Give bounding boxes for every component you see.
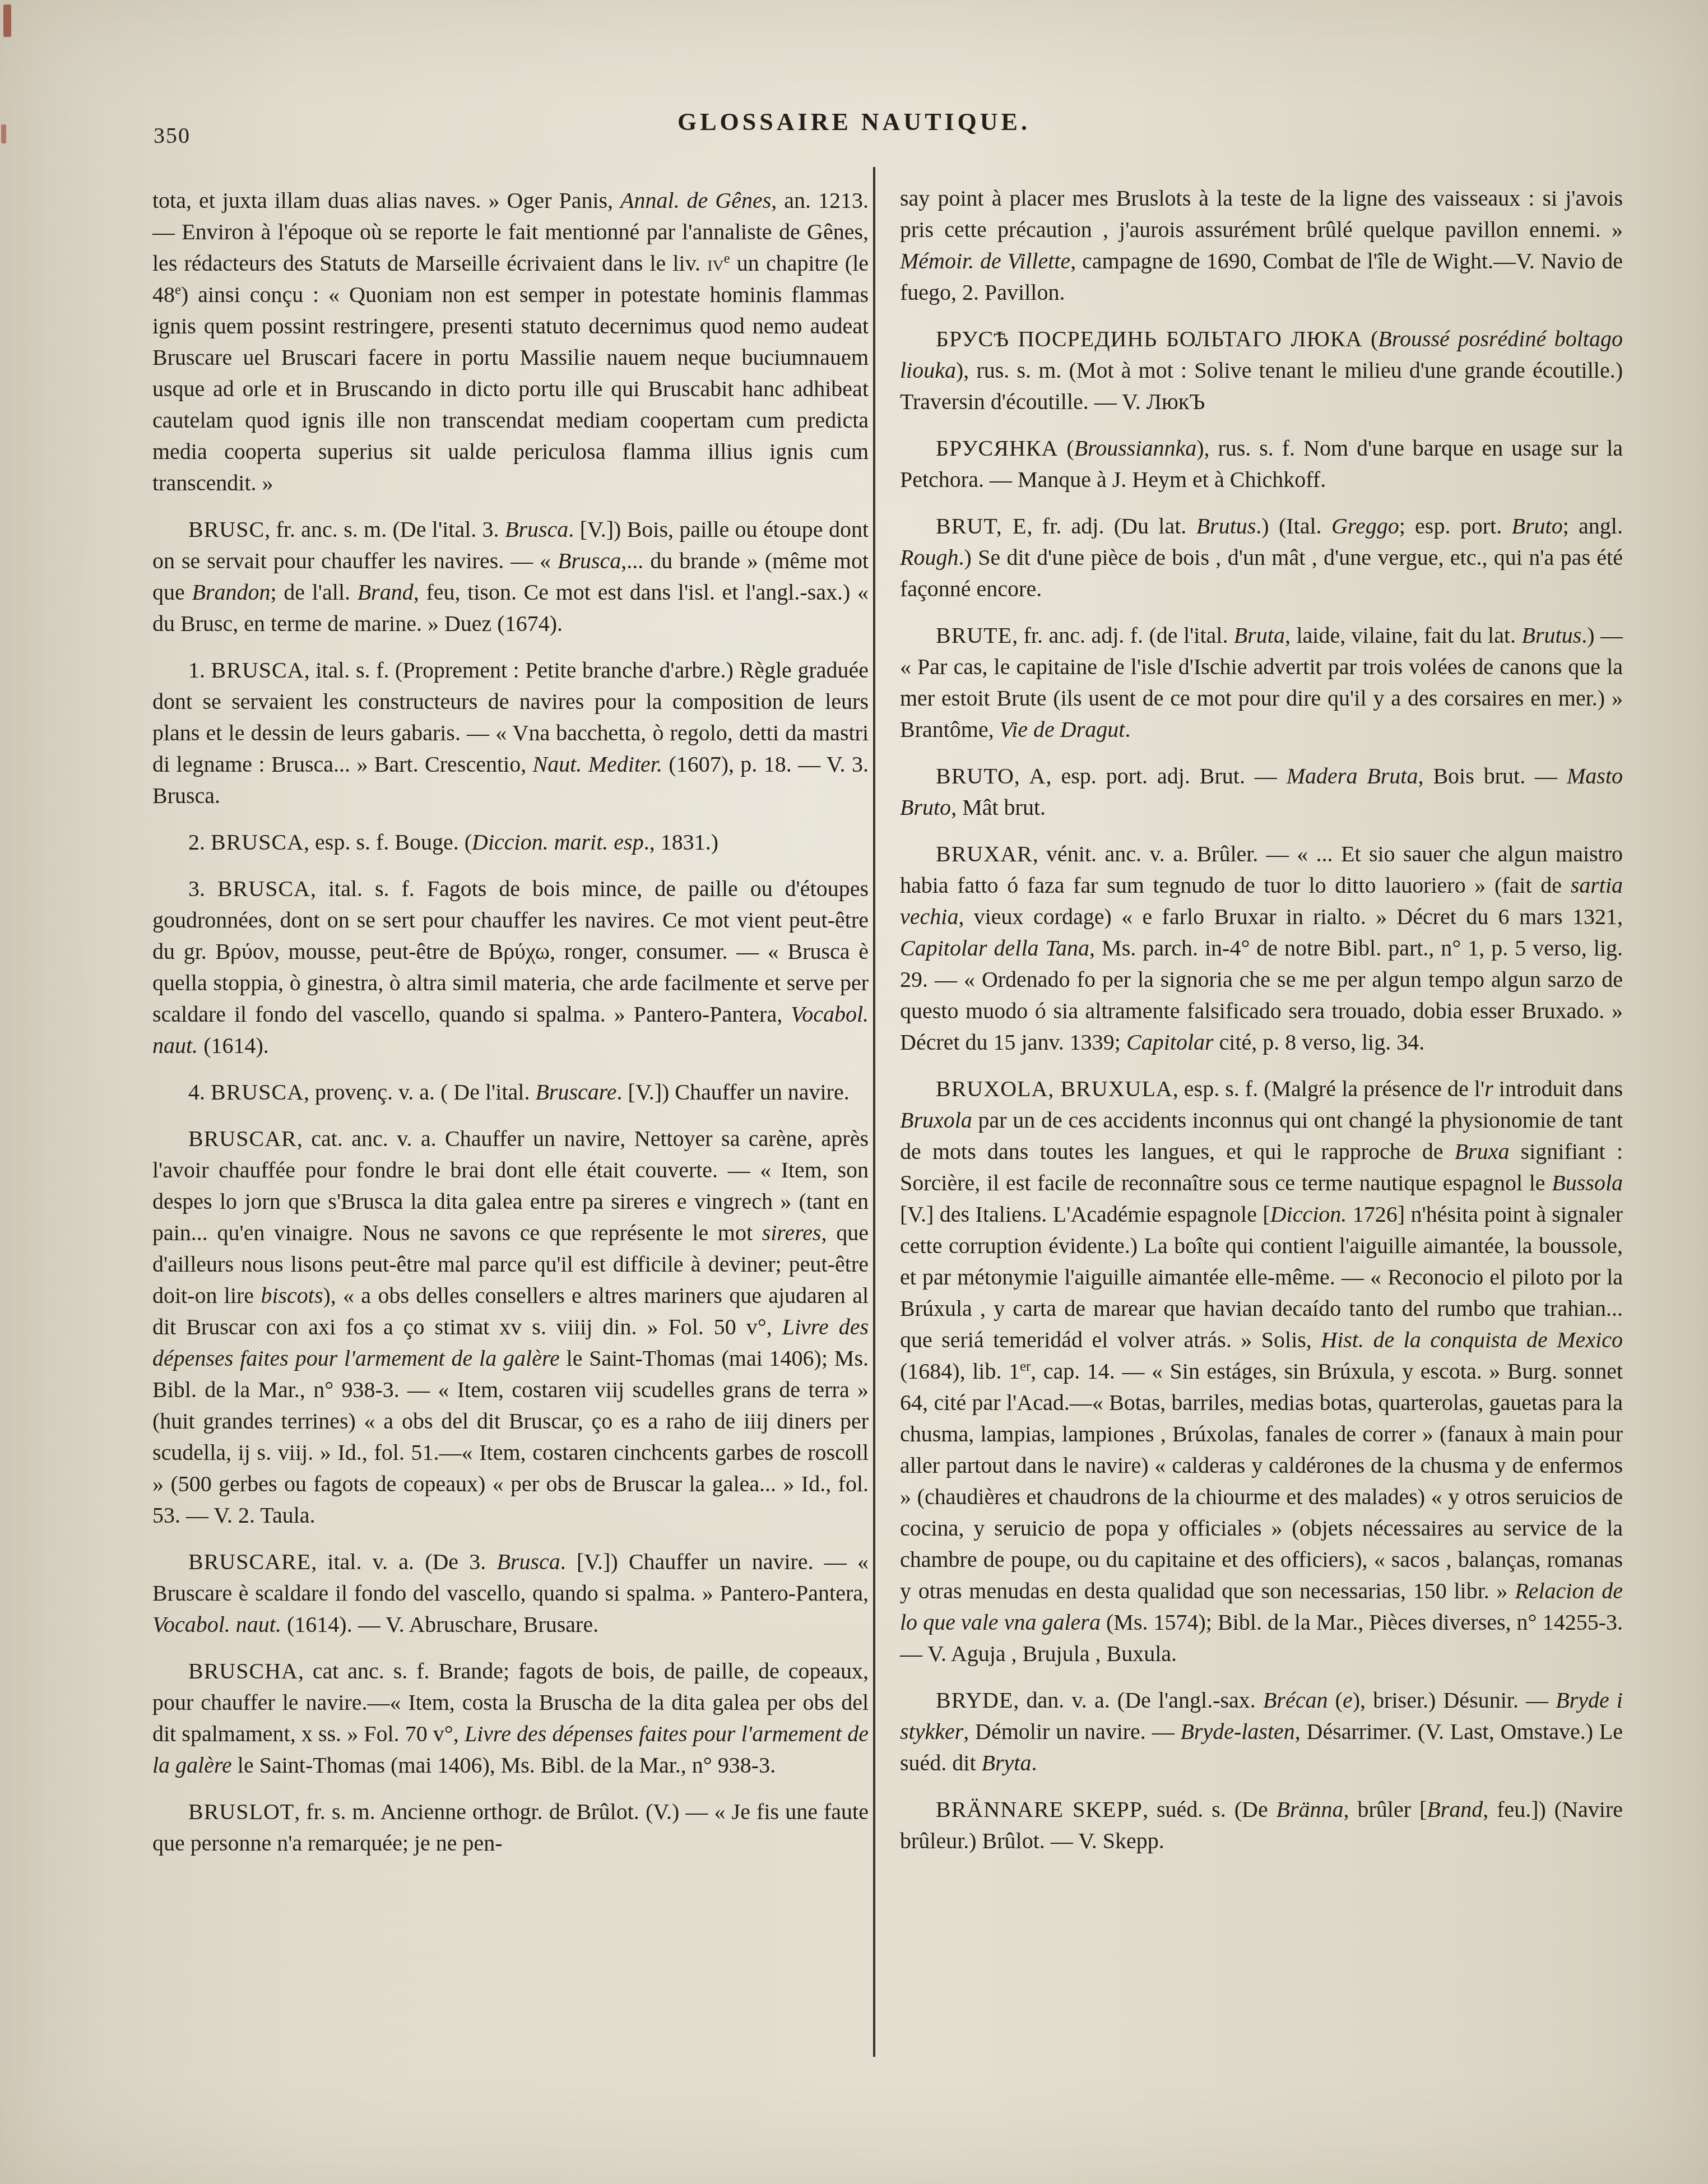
scanned-dictionary-page: 350 GLOSSAIRE NAUTIQUE. tota, et juxta i… [0, 0, 1708, 2184]
scan-edge-mark [3, 4, 11, 37]
entry-brusca-1: 1. BRUSCA, ital. s. f. (Proprement : Pet… [152, 655, 869, 812]
left-column: tota, et juxta illam duas alias naves. »… [152, 185, 869, 1874]
entry-brusc: BRUSC, fr. anc. s. m. (De l'ital. 3. Bru… [152, 514, 869, 639]
entry-bruxar: BRUXAR, vénit. anc. v. a. Brûler. — « ..… [900, 838, 1623, 1058]
entry-bruscha: BRUSCHA, cat anc. s. f. Brande; fagots d… [152, 1656, 869, 1781]
entry-bruscare: BRUSCARE, ital. v. a. (De 3. Brusca. [V.… [152, 1546, 869, 1640]
entry-brusca-4: 4. BRUSCA, provenç. v. a. ( De l'ital. B… [152, 1077, 869, 1108]
page-header-title: GLOSSAIRE NAUTIQUE. [0, 108, 1708, 136]
entry-brusca-3: 3. BRUSCA, ital. s. f. Fagots de bois mi… [152, 873, 869, 1061]
entry-broussiannka: БРУСЯНКА (Broussiannka), rus. s. f. Nom … [900, 433, 1623, 495]
column-divider-rule [873, 167, 875, 2057]
entry-brut: BRUT, E, fr. adj. (Du lat. Brutus.) (Ita… [900, 511, 1623, 605]
entry-bruslot: BRUSLOT, fr. s. m. Ancienne orthogr. de … [152, 1796, 869, 1859]
entry-brousse-posredine: БРУСѢ ПОСРЕДИНЬ БОЛЬТАГО ЛЮКА (Broussé p… [900, 323, 1623, 418]
entry-brute: BRUTE, fr. anc. adj. f. (de l'ital. Brut… [900, 620, 1623, 745]
entry-bruxola: BRUXOLA, BRUXULA, esp. s. f. (Malgré la … [900, 1073, 1623, 1670]
entry-bruto: BRUTO, A, esp. port. adj. Brut. — Madera… [900, 761, 1623, 823]
entry-bryde: BRYDE, dan. v. a. (De l'angl.-sax. Bréca… [900, 1685, 1623, 1779]
entry-brannare-skepp: BRÄNNARE SKEPP, suéd. s. (De Bränna, brû… [900, 1794, 1623, 1857]
entry-bruscar: BRUSCAR, cat. anc. v. a. Chauffer un nav… [152, 1123, 869, 1531]
entry-bruslot-continuation: say point à placer mes Bruslots à la tes… [900, 183, 1623, 308]
entry-brusca-2: 2. BRUSCA, esp. s. f. Bouge. (Diccion. m… [152, 827, 869, 858]
entry-continuation: tota, et juxta illam duas alias naves. »… [152, 185, 869, 499]
right-column: say point à placer mes Bruslots à la tes… [900, 183, 1623, 1872]
